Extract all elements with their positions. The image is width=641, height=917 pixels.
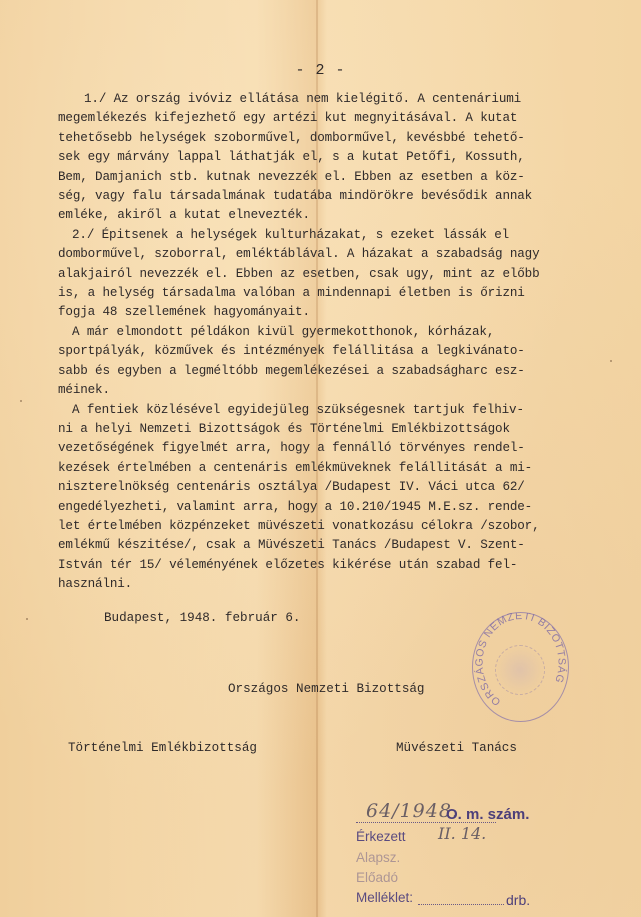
text-line: is, a helység társadalma valóban a minde… [58, 284, 618, 303]
seal-text-ring: ORSZÁGOS NEMZETI BIZOTTSÁG [473, 613, 568, 721]
document-body: 1./ Az ország ivóviz ellátása nem kielég… [58, 90, 618, 595]
drb-label: drb. [506, 892, 530, 908]
text-line: domborművel, szoborral, emléktáblával. A… [58, 245, 618, 264]
text-line: alakjairól nevezzék el. Ebben az esetben… [58, 265, 618, 284]
registry-stamp: 64/1948. O. m. szám. Érkezett II. 14. Al… [356, 800, 626, 910]
paper-speck [610, 360, 612, 362]
paper-speck [26, 618, 28, 620]
text-line: Bem, Damjanich stb. kutnak nevezzék el. … [58, 168, 618, 187]
text-line: István tér 15/ véleményének előzetes kik… [58, 556, 618, 575]
signatory-main: Országos Nemzeti Bizottság [228, 682, 425, 696]
official-seal: ORSZÁGOS NEMZETI BIZOTTSÁG [472, 612, 569, 722]
text-line: 2./ Épitsenek a helységek kulturházakat,… [58, 226, 618, 245]
page-number: - 2 - [0, 62, 641, 79]
text-line: sek egy márvány lappal láthatják el, s a… [58, 148, 618, 167]
paper-speck [20, 400, 22, 402]
date-line: Budapest, 1948. február 6. [104, 611, 301, 625]
paragraph-2: 2./ Épitsenek a helységek kulturházakat,… [58, 226, 618, 323]
szam-label: O. m. szám. [446, 806, 529, 823]
text-line: kezések értelmében a centenáris emlékmüv… [58, 459, 618, 478]
paragraph-3: A már elmondott példákon kivül gyermekot… [58, 323, 618, 401]
alapszam-label: Alapsz. [356, 850, 400, 865]
text-line: ség, vagy falu társadalmának tudatába mi… [58, 187, 618, 206]
text-line: emléke, akiről a kutat elnevezték. [58, 206, 618, 225]
text-line: A fentiek közlésével egyidejüleg szükség… [58, 401, 618, 420]
signatory-right: Müvészeti Tanács [396, 741, 517, 755]
text-line: A már elmondott példákon kivül gyermekot… [58, 323, 618, 342]
text-line: megemlékezés kifejezhető egy artézi kut … [58, 109, 618, 128]
text-line: méinek. [58, 381, 618, 400]
text-line: használni. [58, 575, 618, 594]
text-line: let értelmében közpénzeket müvészeti von… [58, 517, 618, 536]
text-line: ni a helyi Nemzeti Bizottságok és Történ… [58, 420, 618, 439]
document-page: - 2 - 1./ Az ország ivóviz ellátása nem … [0, 0, 641, 917]
melleklet-label: Melléklet: [356, 890, 413, 905]
paragraph-4: A fentiek közlésével egyidejüleg szükség… [58, 401, 618, 595]
paragraph-1: 1./ Az ország ivóviz ellátása nem kielég… [58, 90, 618, 226]
text-line: engedélyezheti, valamint arra, hogy a 10… [58, 498, 618, 517]
signatory-left: Történelmi Emlékbizottság [68, 741, 257, 755]
text-line: sportpályák, közművek és intézmények fel… [58, 342, 618, 361]
erkezett-label: Érkezett [356, 829, 406, 844]
text-line: 1./ Az ország ivóviz ellátása nem kielég… [58, 90, 618, 109]
text-line: niszterelnökség centenáris osztálya /Bud… [58, 478, 618, 497]
number-dotted-line [356, 822, 496, 823]
text-line: vezetőségének figyelmét arra, hogy a fen… [58, 439, 618, 458]
svg-text:ORSZÁGOS NEMZETI BIZOTTSÁG: ORSZÁGOS NEMZETI BIZOTTSÁG [473, 613, 568, 708]
melleklet-dotted-line [418, 904, 504, 905]
erkezett-value: II. 14. [438, 824, 486, 843]
eloado-label: Előadó [356, 870, 398, 885]
text-line: emlékmű készitése/, csak a Müvészeti Tan… [58, 536, 618, 555]
text-line: sabb és egyben a legméltóbb megemlékezés… [58, 362, 618, 381]
text-line: tehetősebb helységek szoborművel, dombor… [58, 129, 618, 148]
text-line: fogja 48 szellemének hagyományait. [58, 303, 618, 322]
